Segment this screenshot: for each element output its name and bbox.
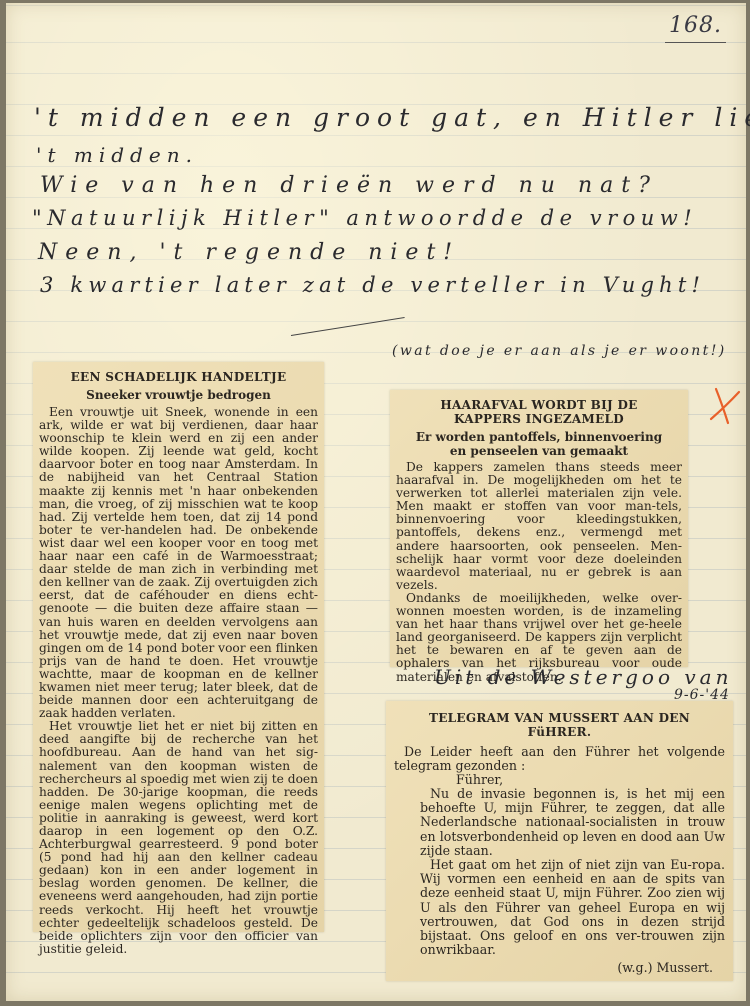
clipping-paragraph: Een vrouwtje uit Sneek, wonende in een a… xyxy=(39,406,318,720)
handwritten-line-1: 't midden een groot gat, en Hitler liep … xyxy=(34,103,750,132)
clipping-subheadline: Sneeker vrouwtje bedrogen xyxy=(39,388,318,402)
newspaper-clipping-telegram-mussert: TELEGRAM VAN MUSSERT AAN DEN FüHRER. De … xyxy=(386,701,733,981)
page-number: 168. xyxy=(665,13,726,43)
clipping-salutation: Führer, xyxy=(394,773,725,787)
clipping-headline: HAARAFVAL WORDT BIJ DE KAPPERS INGEZAMEL… xyxy=(396,398,682,426)
handwritten-line-5: Neen, 't regende niet! xyxy=(38,240,460,265)
handwritten-aside: (wat doe je er aan als je er woont!) xyxy=(392,343,727,359)
clipping-paragraph: Het gaat om het zijn of niet zijn van Eu… xyxy=(420,858,725,957)
handwritten-line-3: Wie van hen drieën werd nu nat? xyxy=(40,173,658,198)
handwritten-source-note: Uit de Westergoo van xyxy=(434,665,732,689)
clipping-paragraph: Nu de invasie begonnen is, is het mij ee… xyxy=(420,787,725,858)
handwritten-line-6: 3 kwartier later zat de verteller in Vug… xyxy=(40,273,705,297)
red-x-mark-icon xyxy=(706,386,742,426)
pen-stroke xyxy=(291,317,405,336)
newspaper-clipping-haarafval: HAARAFVAL WORDT BIJ DE KAPPERS INGEZAMEL… xyxy=(390,390,688,667)
clipping-intro: De Leider heeft aan den Führer het volge… xyxy=(394,745,725,773)
scrapbook-page: 168. 't midden een groot gat, en Hitler … xyxy=(6,3,746,1001)
telegram-body: Nu de invasie begonnen is, is het mij ee… xyxy=(394,787,725,976)
clipping-signature: (w.g.) Mussert. xyxy=(420,960,725,976)
source-note-line-1: Uit de Westergoo van xyxy=(434,665,732,689)
clipping-paragraph: De kappers zamelen thans steeds meer haa… xyxy=(396,461,682,592)
newspaper-clipping-schadelijk-handeltje: EEN SCHADELIJK HANDELTJE Sneeker vrouwtj… xyxy=(33,362,324,932)
clipping-headline: EEN SCHADELIJK HANDELTJE xyxy=(39,370,318,384)
handwritten-line-4: "Natuurlijk Hitler" antwoordde de vrouw! xyxy=(32,206,697,230)
clipping-headline: TELEGRAM VAN MUSSERT AAN DEN FüHRER. xyxy=(394,711,725,739)
clipping-subheadline: Er worden pantoffels, binnenvoering en p… xyxy=(396,430,682,458)
clipping-paragraph: Het vrouwtje liet het er niet bij zitten… xyxy=(39,720,318,956)
handwritten-line-2: 't midden. xyxy=(36,143,198,167)
